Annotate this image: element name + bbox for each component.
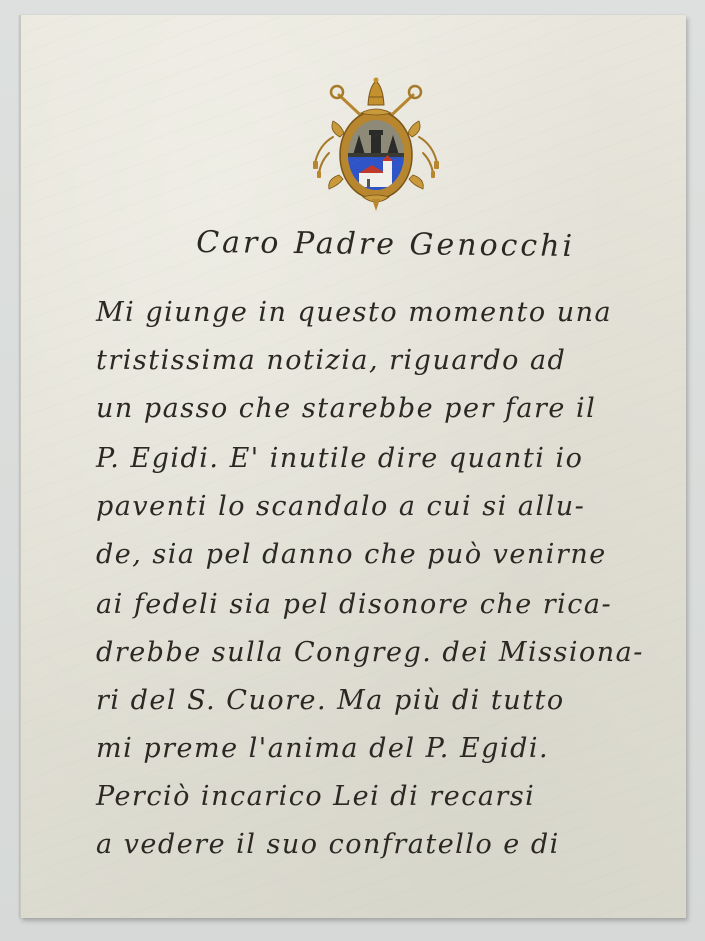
letter-line: P. Egidi. E' inutile dire quanti io: [96, 443, 583, 474]
letter-line: de, sia pel danno che può venirne: [96, 539, 607, 570]
letter-page: Caro Padre Genocchi Mi giunge in questo …: [20, 15, 686, 918]
letter-line: paventi lo scandalo a cui si allu-: [96, 491, 585, 522]
letter-line: a vedere il suo confratello e di: [96, 829, 560, 860]
letter-line: un passo che starebbe per fare il: [96, 393, 596, 424]
letter-line: Mi giunge in questo momento una: [96, 297, 612, 328]
letter-line: ai fedeli sia pel disonore che rica-: [96, 589, 612, 620]
letter-line: ri del S. Cuore. Ma più di tutto: [96, 685, 565, 716]
letter-line: drebbe sulla Congreg. dei Missiona-: [96, 637, 644, 668]
letter-line: mi preme l'anima del P. Egidi.: [96, 733, 549, 764]
letter-text: Caro Padre Genocchi Mi giunge in questo …: [21, 15, 686, 918]
letter-line: tristissima notizia, riguardo ad: [96, 345, 566, 376]
letter-line: Perciò incarico Lei di recarsi: [96, 781, 535, 812]
salutation: Caro Padre Genocchi: [196, 225, 575, 264]
